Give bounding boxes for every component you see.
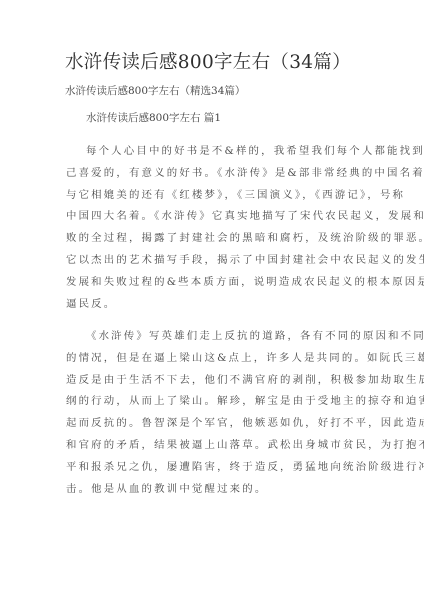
paragraph-1: 每个人心目中的好书是不&样的，我希望我们每个人都能找到自 己喜爱的，有意义的好书… xyxy=(66,141,360,315)
text-line: 造反是由于生活不下去，他们不满官府的剥削，积极参加劫取生辰 xyxy=(66,370,360,392)
text-line: 《水浒传》写英雄们走上反抗的道路，各有不同的原因和不同 xyxy=(66,326,360,348)
text-line: 己喜爱的，有意义的好书。《水浒传》是&部非常经典的中国名着， xyxy=(66,163,360,185)
section-heading: 水浒传读后感800字左右 篇1 xyxy=(86,111,221,125)
text-line: 和官府的矛盾，结果被逼上山落草。武松出身城市贫民，为打抱不 xyxy=(66,435,360,457)
paragraph-2: 《水浒传》写英雄们走上反抗的道路，各有不同的原因和不同 的情况，但是在逼上梁山这… xyxy=(66,326,360,500)
text-line: 平和报杀兄之仇，屡遭陷害，终于造反，勇猛地向统治阶级进行冲 xyxy=(66,457,360,479)
text-line: 的情况，但是在逼上梁山这&点上，许多人是共同的。如阮氏三雄的 xyxy=(66,348,360,370)
text-line: 击。他是从血的教训中觉醒过来的。 xyxy=(66,479,360,501)
text-line: 逼民反。 xyxy=(66,294,360,316)
text-line: 败的全过程，揭露了封建社会的黑暗和腐朽，及统治阶级的罪恶。 xyxy=(66,228,360,250)
text-line: 发展和失败过程的&些本质方面，说明造成农民起义的根本原因是官 xyxy=(66,272,360,294)
document-page: 水浒传读后感800字左右（34篇） 水浒传读后感800字左右（精选34篇） 水浒… xyxy=(0,0,424,600)
text-line: 它以杰出的艺术描写手段，揭示了中国封建社会中农民起义的发生， xyxy=(66,250,360,272)
text-line: 与它相媲美的还有《红楼梦》，《三国演义》，《西游记》，号称 xyxy=(66,185,360,207)
document-subtitle: 水浒传读后感800字左右（精选34篇） xyxy=(65,84,245,98)
text-line: 起而反抗的。鲁智深是个军官，他嫉恶如仇，好打不平，因此造成 xyxy=(66,413,360,435)
document-title: 水浒传读后感800字左右（34篇） xyxy=(65,52,351,74)
text-line: 中国四大名着。《水浒传》它真实地描写了宋代农民起义，发展和失 xyxy=(66,206,360,228)
text-line: 纲的行动，从而上了梁山。解珍，解宝是由于受地主的掠夺和迫害 xyxy=(66,391,360,413)
text-line: 每个人心目中的好书是不&样的，我希望我们每个人都能找到自 xyxy=(66,141,360,163)
